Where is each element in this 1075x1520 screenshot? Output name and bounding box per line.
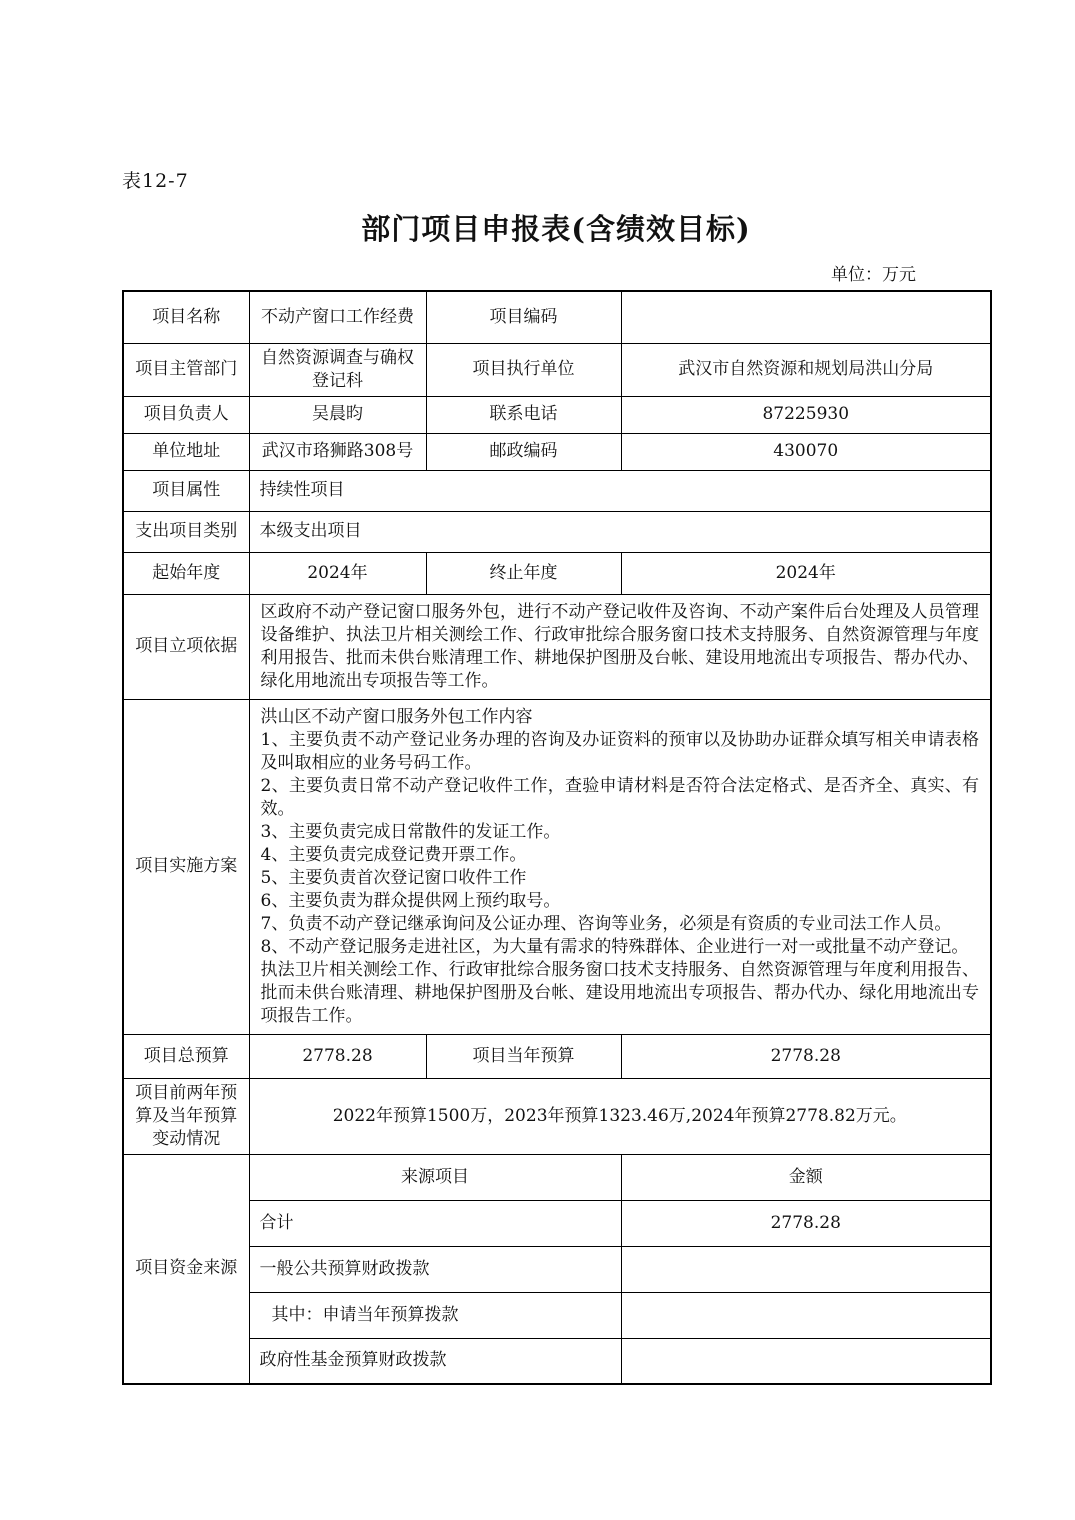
- page-title: 部门项目申报表(含绩效目标): [122, 207, 990, 248]
- funding-general-public-amount: [621, 1246, 991, 1292]
- current-year-budget-value: 2778.28: [621, 1034, 991, 1078]
- total-budget-label: 项目总预算: [123, 1034, 249, 1078]
- unit-address-label: 单位地址: [123, 433, 249, 470]
- supervisor-dept-label: 项目主管部门: [123, 343, 249, 396]
- plan-line: 洪山区不动产窗口服务外包工作内容: [261, 706, 980, 729]
- current-year-budget-label: 项目当年预算: [426, 1034, 621, 1078]
- postal-code-label: 邮政编码: [426, 433, 621, 470]
- project-basis-text: 区政府不动产登记窗口服务外包，进行不动产登记收件及咨询、不动产案件后台处理及人员…: [249, 594, 991, 699]
- unit-address-value: 武汉市珞狮路308号: [249, 433, 426, 470]
- funding-total-label: 合计: [249, 1200, 621, 1246]
- funding-government-fund-label: 政府性基金预算财政拨款: [249, 1338, 621, 1384]
- funding-amount-header: 金额: [621, 1154, 991, 1200]
- postal-code-value: 430070: [621, 433, 991, 470]
- plan-line: 4、主要负责完成登记费开票工作。: [261, 844, 980, 867]
- project-code-value: [621, 291, 991, 343]
- end-year-value: 2024年: [621, 552, 991, 594]
- plan-line: 2、主要负责日常不动产登记收件工作，查验申请材料是否符合法定格式、是否齐全、真实…: [261, 775, 980, 821]
- row-expenditure-type: 支出项目类别 本级支出项目: [123, 511, 991, 552]
- row-project-leader: 项目负责人 吴晨昀 联系电话 87225930: [123, 396, 991, 433]
- project-code-label: 项目编码: [426, 291, 621, 343]
- row-project-basis: 项目立项依据 区政府不动产登记窗口服务外包，进行不动产登记收件及咨询、不动产案件…: [123, 594, 991, 699]
- executing-unit-label: 项目执行单位: [426, 343, 621, 396]
- row-funding-header: 项目资金来源 来源项目 金额: [123, 1154, 991, 1200]
- row-total-budget: 项目总预算 2778.28 项目当年预算 2778.28: [123, 1034, 991, 1078]
- funding-source-label: 项目资金来源: [123, 1154, 249, 1384]
- prior-budget-text: 2022年预算1500万，2023年预算1323.46万,2024年预算2778…: [249, 1078, 991, 1154]
- funding-total-amount: 2778.28: [621, 1200, 991, 1246]
- end-year-label: 终止年度: [426, 552, 621, 594]
- funding-government-fund-amount: [621, 1338, 991, 1384]
- plan-line: 6、主要负责为群众提供网上预约取号。: [261, 890, 980, 913]
- start-year-value: 2024年: [249, 552, 426, 594]
- plan-line: 3、主要负责完成日常散件的发证工作。: [261, 821, 980, 844]
- project-name-value: 不动产窗口工作经费: [249, 291, 426, 343]
- project-attribute-label: 项目属性: [123, 470, 249, 511]
- document-page: 表12-7 部门项目申报表(含绩效目标) 单位：万元 项目名称 不动产窗口工作经…: [0, 0, 1075, 1520]
- funding-current-year-request-amount: [621, 1292, 991, 1338]
- start-year-label: 起始年度: [123, 552, 249, 594]
- row-years: 起始年度 2024年 终止年度 2024年: [123, 552, 991, 594]
- supervisor-dept-value: 自然资源调查与确权登记科: [249, 343, 426, 396]
- funding-row-government-fund: 政府性基金预算财政拨款: [123, 1338, 991, 1384]
- project-name-label: 项目名称: [123, 291, 249, 343]
- funding-current-year-request-label: 其中：申请当年预算拨款: [249, 1292, 621, 1338]
- funding-row-current-year-request: 其中：申请当年预算拨款: [123, 1292, 991, 1338]
- table-number: 表12-7: [122, 166, 990, 193]
- plan-line: 7、负责不动产登记继承询问及公证办理、咨询等业务，必须是有资质的专业司法工作人员…: [261, 913, 980, 936]
- implementation-plan-label: 项目实施方案: [123, 699, 249, 1034]
- project-basis-label: 项目立项依据: [123, 594, 249, 699]
- plan-line: 执法卫片相关测绘工作、行政审批综合服务窗口技术支持服务、自然资源管理与年度利用报…: [261, 959, 980, 1028]
- row-implementation-plan: 项目实施方案 洪山区不动产窗口服务外包工作内容 1、主要负责不动产登记业务办理的…: [123, 699, 991, 1034]
- expenditure-type-label: 支出项目类别: [123, 511, 249, 552]
- row-supervisor-dept: 项目主管部门 自然资源调查与确权登记科 项目执行单位 武汉市自然资源和规划局洪山…: [123, 343, 991, 396]
- funding-row-total: 合计 2778.28: [123, 1200, 991, 1246]
- expenditure-type-value: 本级支出项目: [249, 511, 991, 552]
- document-content: 表12-7 部门项目申报表(含绩效目标) 单位：万元 项目名称 不动产窗口工作经…: [122, 166, 990, 1385]
- funding-row-general-public: 一般公共预算财政拨款: [123, 1246, 991, 1292]
- row-unit-address: 单位地址 武汉市珞狮路308号 邮政编码 430070: [123, 433, 991, 470]
- plan-line: 8、不动产登记服务走进社区，为大量有需求的特殊群体、企业进行一对一或批量不动产登…: [261, 936, 980, 959]
- executing-unit-value: 武汉市自然资源和规划局洪山分局: [621, 343, 991, 396]
- project-leader-value: 吴晨昀: [249, 396, 426, 433]
- implementation-plan-text: 洪山区不动产窗口服务外包工作内容 1、主要负责不动产登记业务办理的咨询及办证资料…: [249, 699, 991, 1034]
- total-budget-value: 2778.28: [249, 1034, 426, 1078]
- funding-general-public-label: 一般公共预算财政拨款: [249, 1246, 621, 1292]
- project-leader-label: 项目负责人: [123, 396, 249, 433]
- project-declaration-table: 项目名称 不动产窗口工作经费 项目编码 项目主管部门 自然资源调查与确权登记科 …: [122, 290, 992, 1385]
- unit-note: 单位：万元: [122, 260, 990, 285]
- row-prior-budget: 项目前两年预算及当年预算变动情况 2022年预算1500万，2023年预算132…: [123, 1078, 991, 1154]
- prior-budget-label: 项目前两年预算及当年预算变动情况: [123, 1078, 249, 1154]
- contact-phone-value: 87225930: [621, 396, 991, 433]
- plan-line: 5、主要负责首次登记窗口收件工作: [261, 867, 980, 890]
- row-project-attribute: 项目属性 持续性项目: [123, 470, 991, 511]
- row-project-name: 项目名称 不动产窗口工作经费 项目编码: [123, 291, 991, 343]
- plan-line: 1、主要负责不动产登记业务办理的咨询及办证资料的预审以及协助办证群众填写相关申请…: [261, 729, 980, 775]
- funding-source-header: 来源项目: [249, 1154, 621, 1200]
- contact-phone-label: 联系电话: [426, 396, 621, 433]
- project-attribute-value: 持续性项目: [249, 470, 991, 511]
